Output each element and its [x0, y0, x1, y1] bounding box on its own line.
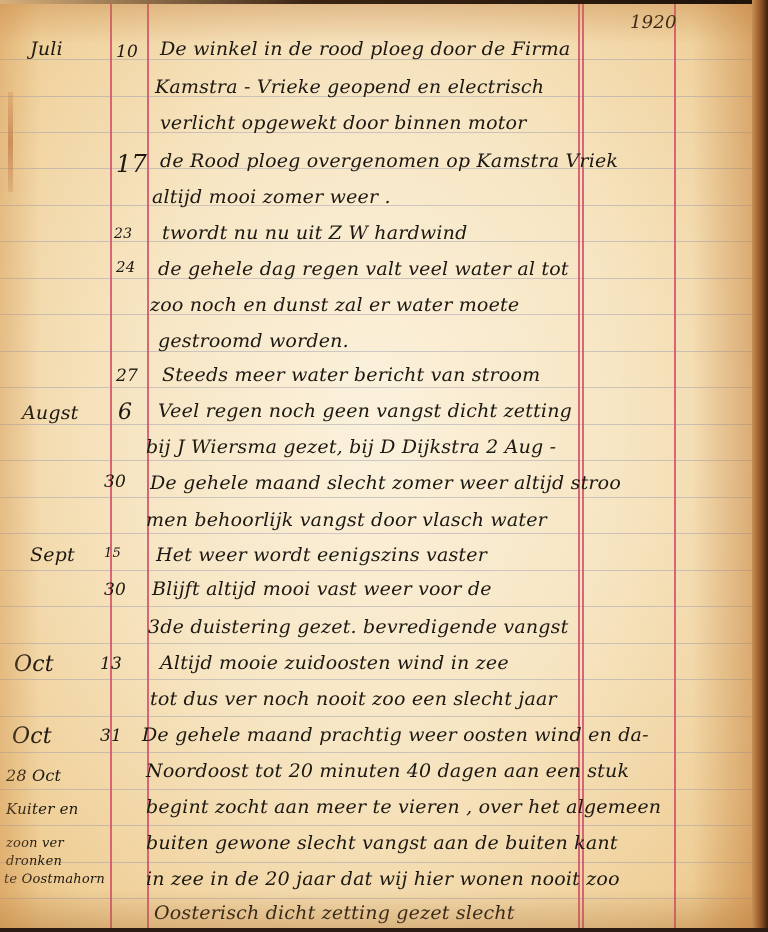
entry-day: 10: [116, 42, 138, 62]
entry-month: Oct: [14, 652, 54, 677]
margin-line-amount-left-double: [582, 4, 584, 930]
ruled-line: [0, 351, 752, 352]
entry-line: tot dus ver noch nooit zoo een slecht ja…: [150, 688, 557, 710]
entry-day: 6: [118, 400, 132, 425]
entry-line: Het weer wordt eenigszins vaster: [156, 544, 487, 566]
entry-line: bij J Wiersma gezet, bij D Dijkstra 2 Au…: [146, 436, 556, 458]
entry-day: 27: [116, 366, 138, 386]
entry-line: De gehele maand slecht zomer weer altijd…: [150, 472, 621, 494]
entry-line: altijd mooi zomer weer .: [152, 186, 391, 208]
ruled-line: [0, 606, 752, 607]
entry-line: Altijd mooie zuidoosten wind in zee: [160, 652, 509, 674]
ruled-line: [0, 898, 752, 899]
ruled-line: [0, 752, 752, 753]
binding-stain: [8, 92, 13, 192]
entry-line: buiten gewone slecht vangst aan de buite…: [146, 832, 618, 854]
margin-note-line: zoon ver: [6, 836, 64, 851]
entry-line: Steeds meer water bericht van stroom: [162, 364, 540, 386]
margin-note-line: 28 Oct: [6, 766, 61, 785]
entry-day: 31: [100, 726, 122, 746]
ruled-line: [0, 387, 752, 388]
entry-day: 24: [116, 258, 136, 276]
margin-line-amount-right: [674, 4, 676, 930]
entry-line: verlicht opgewekt door binnen motor: [160, 112, 526, 134]
entry-line: begint zocht aan meer te vieren , over h…: [146, 796, 661, 818]
entry-line: twordt nu nu uit Z W hardwind: [162, 222, 467, 244]
entry-day: 30: [104, 472, 126, 492]
margin-line-date-right: [147, 4, 149, 930]
ledger-page: 1920 Juli 10 De winkel in de rood ploeg …: [0, 4, 752, 930]
entry-line: De gehele maand prachtig weer oosten win…: [142, 724, 649, 746]
entry-line: gestroomd worden.: [158, 330, 349, 352]
margin-note-line: dronken: [6, 854, 62, 869]
entry-month: Sept: [30, 544, 75, 566]
year-heading: 1920: [630, 12, 677, 33]
entry-line: de Rood ploeg overgenomen op Kamstra Vri…: [160, 150, 618, 172]
ruled-line: [0, 716, 752, 717]
ruled-line: [0, 533, 752, 534]
ruled-line: [0, 460, 752, 461]
ruled-line: [0, 789, 752, 790]
ruled-line: [0, 424, 752, 425]
ruled-line: [0, 643, 752, 644]
margin-line-date-left: [110, 4, 112, 930]
entry-month: Augst: [22, 402, 79, 424]
entry-line: 3de duistering gezet. bevredigende vangs…: [148, 616, 568, 638]
entry-day: 17: [116, 150, 147, 178]
entry-line: zoo noch en dunst zal er water moete: [150, 294, 519, 316]
ruled-line: [0, 570, 752, 571]
ruled-line: [0, 862, 752, 863]
entry-line: Noordoost tot 20 minuten 40 dagen aan ee…: [146, 760, 629, 782]
entry-line: Blijft altijd mooi vast weer voor de: [152, 578, 492, 600]
margin-note-line: Kuiter en: [6, 800, 79, 818]
ruled-line: [0, 497, 752, 498]
entry-line: Veel regen noch geen vangst dicht zettin…: [158, 400, 572, 422]
entry-month: Oct: [12, 724, 52, 749]
entry-line: de gehele dag regen valt veel water al t…: [158, 258, 569, 280]
ruled-line: [0, 679, 752, 680]
margin-note-line: te Oostmahorn: [4, 872, 105, 887]
entry-line: in zee in de 20 jaar dat wij hier wonen …: [146, 868, 620, 890]
margin-line-amount-left: [578, 4, 580, 930]
entry-line: Oosterisch dicht zetting gezet slecht: [154, 902, 515, 924]
ruled-line: [0, 825, 752, 826]
entry-day: 15: [104, 546, 121, 561]
entry-day: 23: [114, 226, 132, 242]
entry-month: Juli: [30, 38, 63, 60]
entry-day: 13: [100, 654, 122, 674]
entry-day: 30: [104, 580, 126, 600]
page-bottom-edge: [0, 928, 768, 932]
book-spine-edge: [752, 0, 768, 932]
entry-line: De winkel in de rood ploeg door de Firma: [160, 38, 570, 60]
entry-line: Kamstra - Vrieke geopend en electrisch: [155, 76, 544, 98]
entry-line: men behoorlijk vangst door vlasch water: [146, 509, 547, 531]
